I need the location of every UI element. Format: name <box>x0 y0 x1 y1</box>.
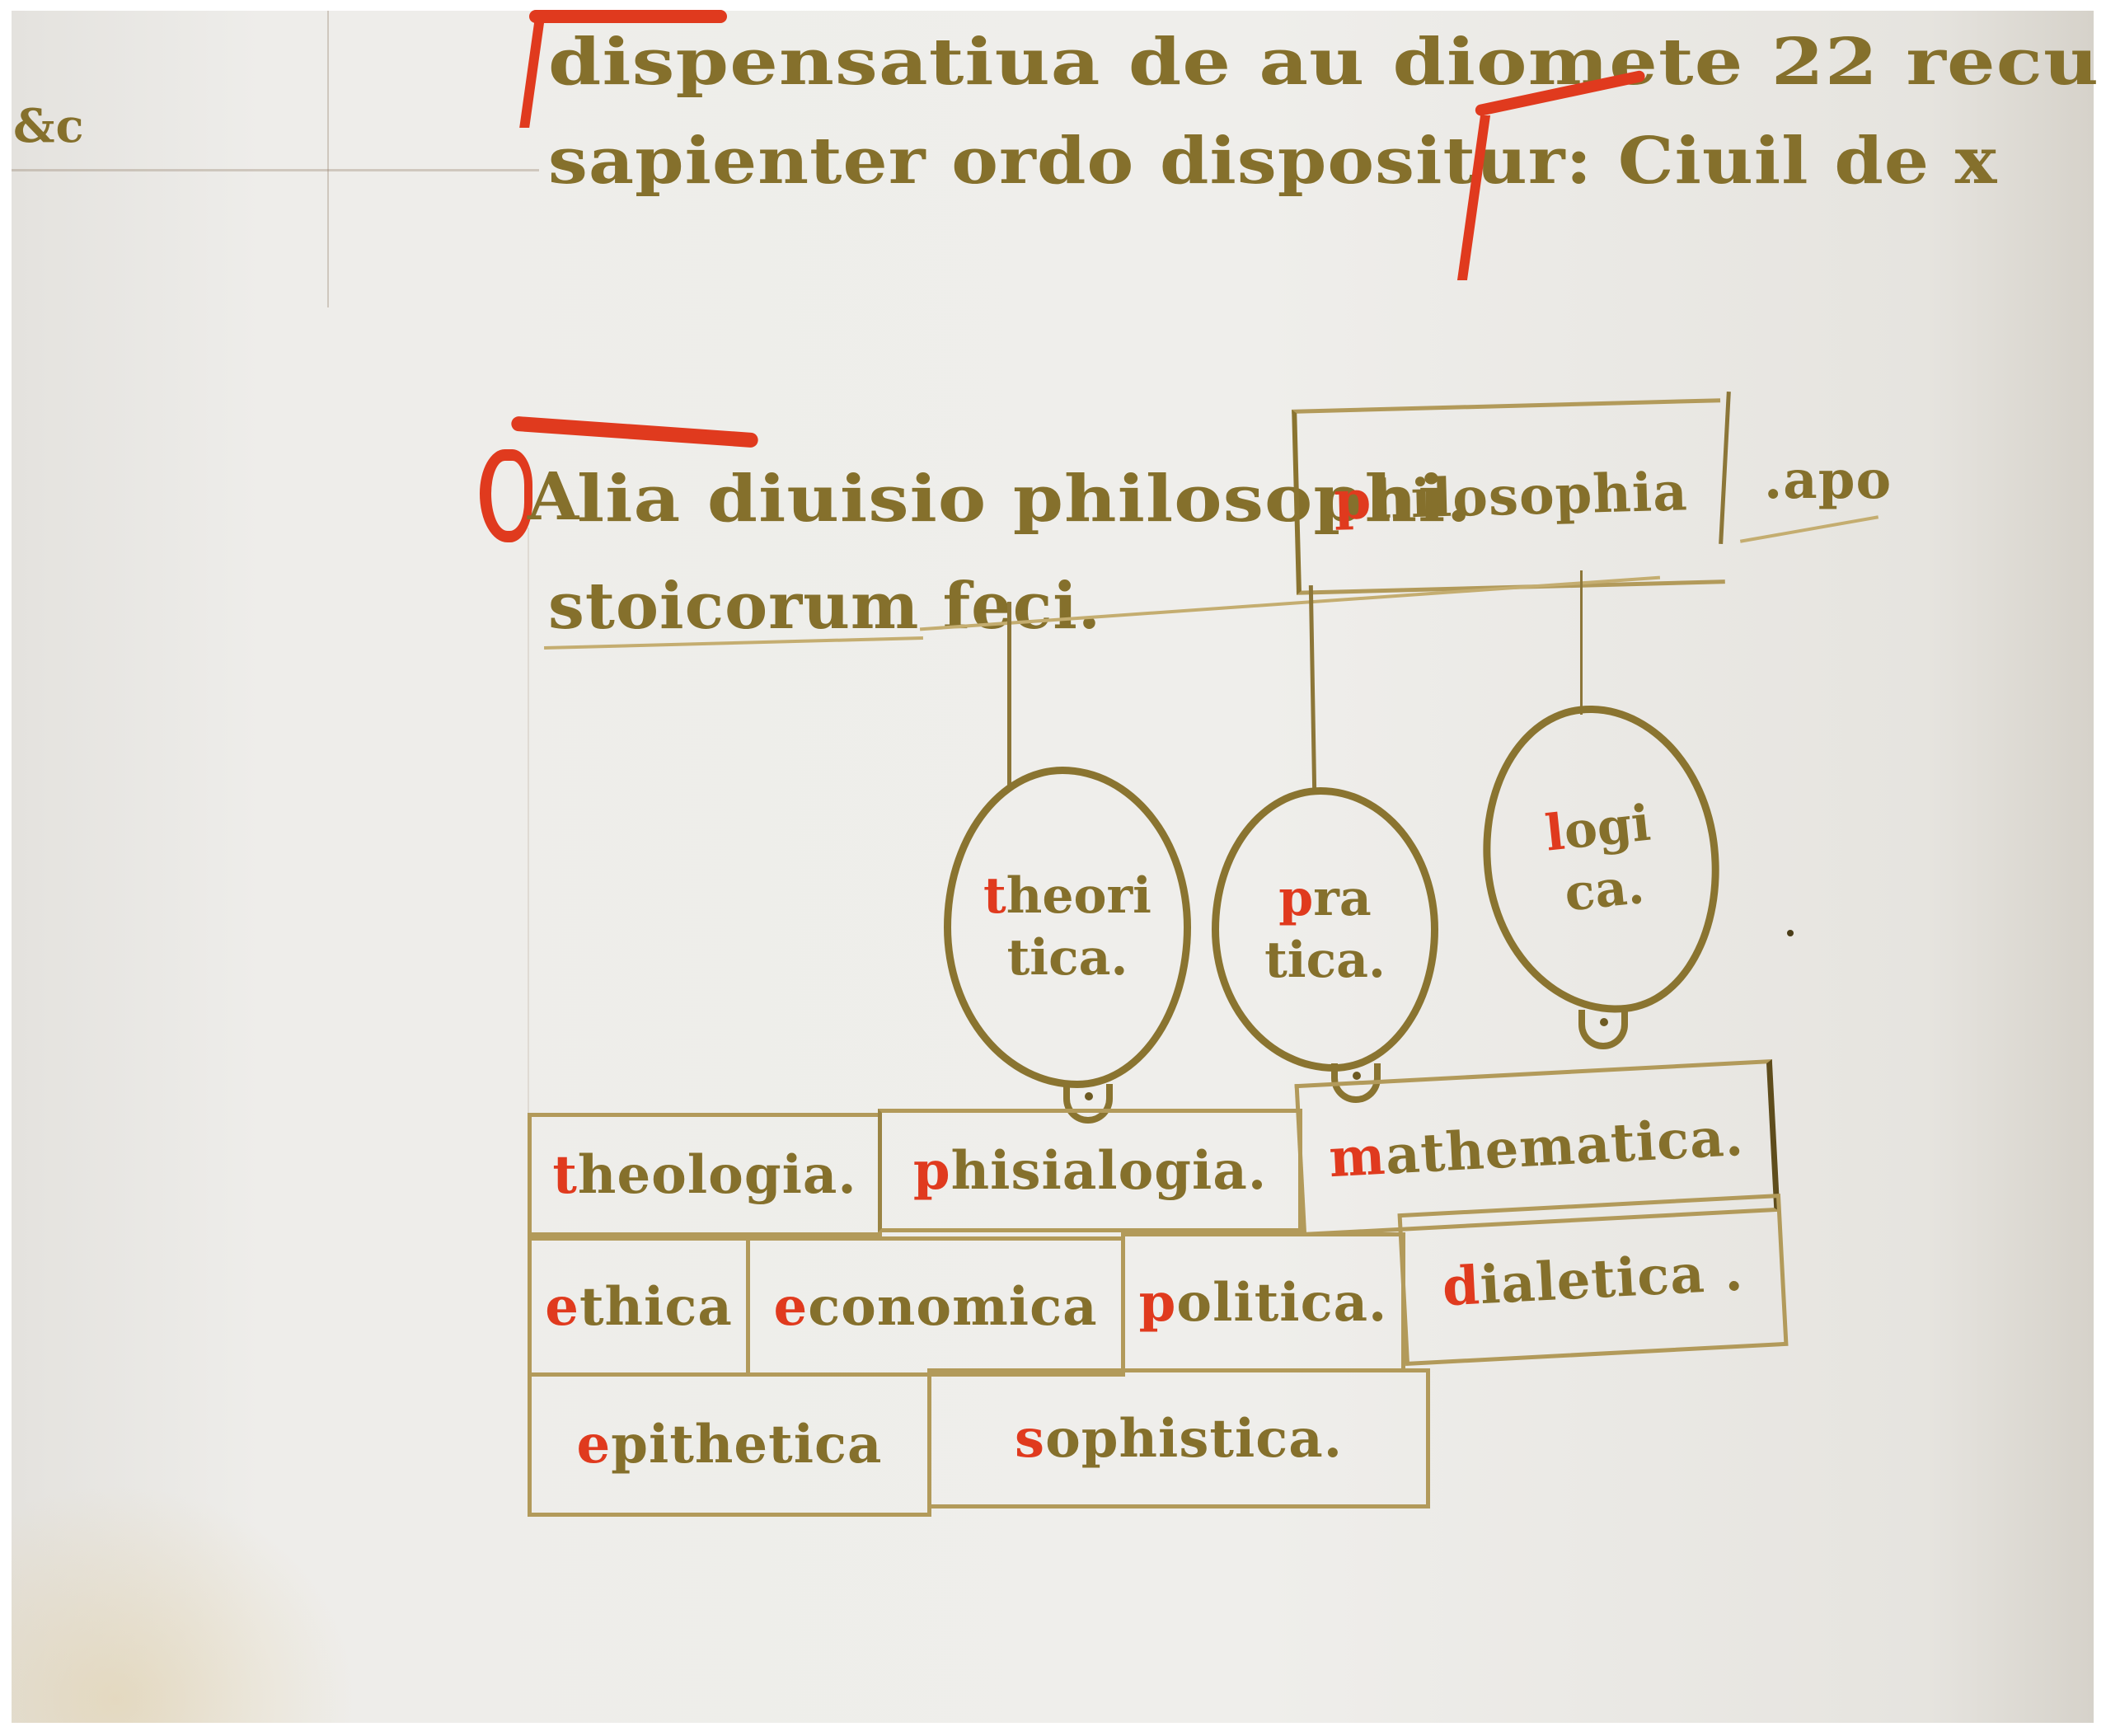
paraph-stroke-1 <box>529 10 727 23</box>
parchment-stain <box>12 1484 358 1723</box>
ruling-line-horizontal <box>12 169 539 171</box>
red-initial-decoration <box>480 449 532 542</box>
term-box-dialetica: dialetica . <box>1397 1194 1788 1366</box>
term-box-phisialogia: phisialogia. <box>878 1109 1302 1232</box>
header-line-1: dispensatiua de au diomete 22 recu <box>548 25 2099 100</box>
connector-to-theorica <box>1007 602 1011 787</box>
margin-note: &c <box>13 99 85 153</box>
term-box-economica: economica <box>746 1236 1125 1377</box>
root-cap: p <box>1333 469 1372 532</box>
root-node-philosophia: philosophia <box>1292 398 1725 595</box>
term-box-sophistica: sophistica. <box>927 1368 1430 1508</box>
term-box-epithetica: epithetica <box>528 1372 931 1517</box>
term-box-ethica: ethica <box>528 1236 750 1377</box>
connector-to-logica <box>1580 570 1583 715</box>
header-line-2: sapienter ordo dispositur: Ciuil de x <box>548 124 1998 199</box>
title-line-2: stoicorum feci. <box>548 569 1101 644</box>
ruling-line-vertical-left <box>327 11 329 307</box>
root-aside-note: .apo <box>1764 449 1892 511</box>
title-initial: A <box>528 457 579 535</box>
term-box-theologia: theologia. <box>528 1113 882 1236</box>
ink-speck <box>1787 930 1794 936</box>
term-box-politica: politica. <box>1121 1232 1405 1372</box>
root-label: hilosophia <box>1371 461 1688 531</box>
